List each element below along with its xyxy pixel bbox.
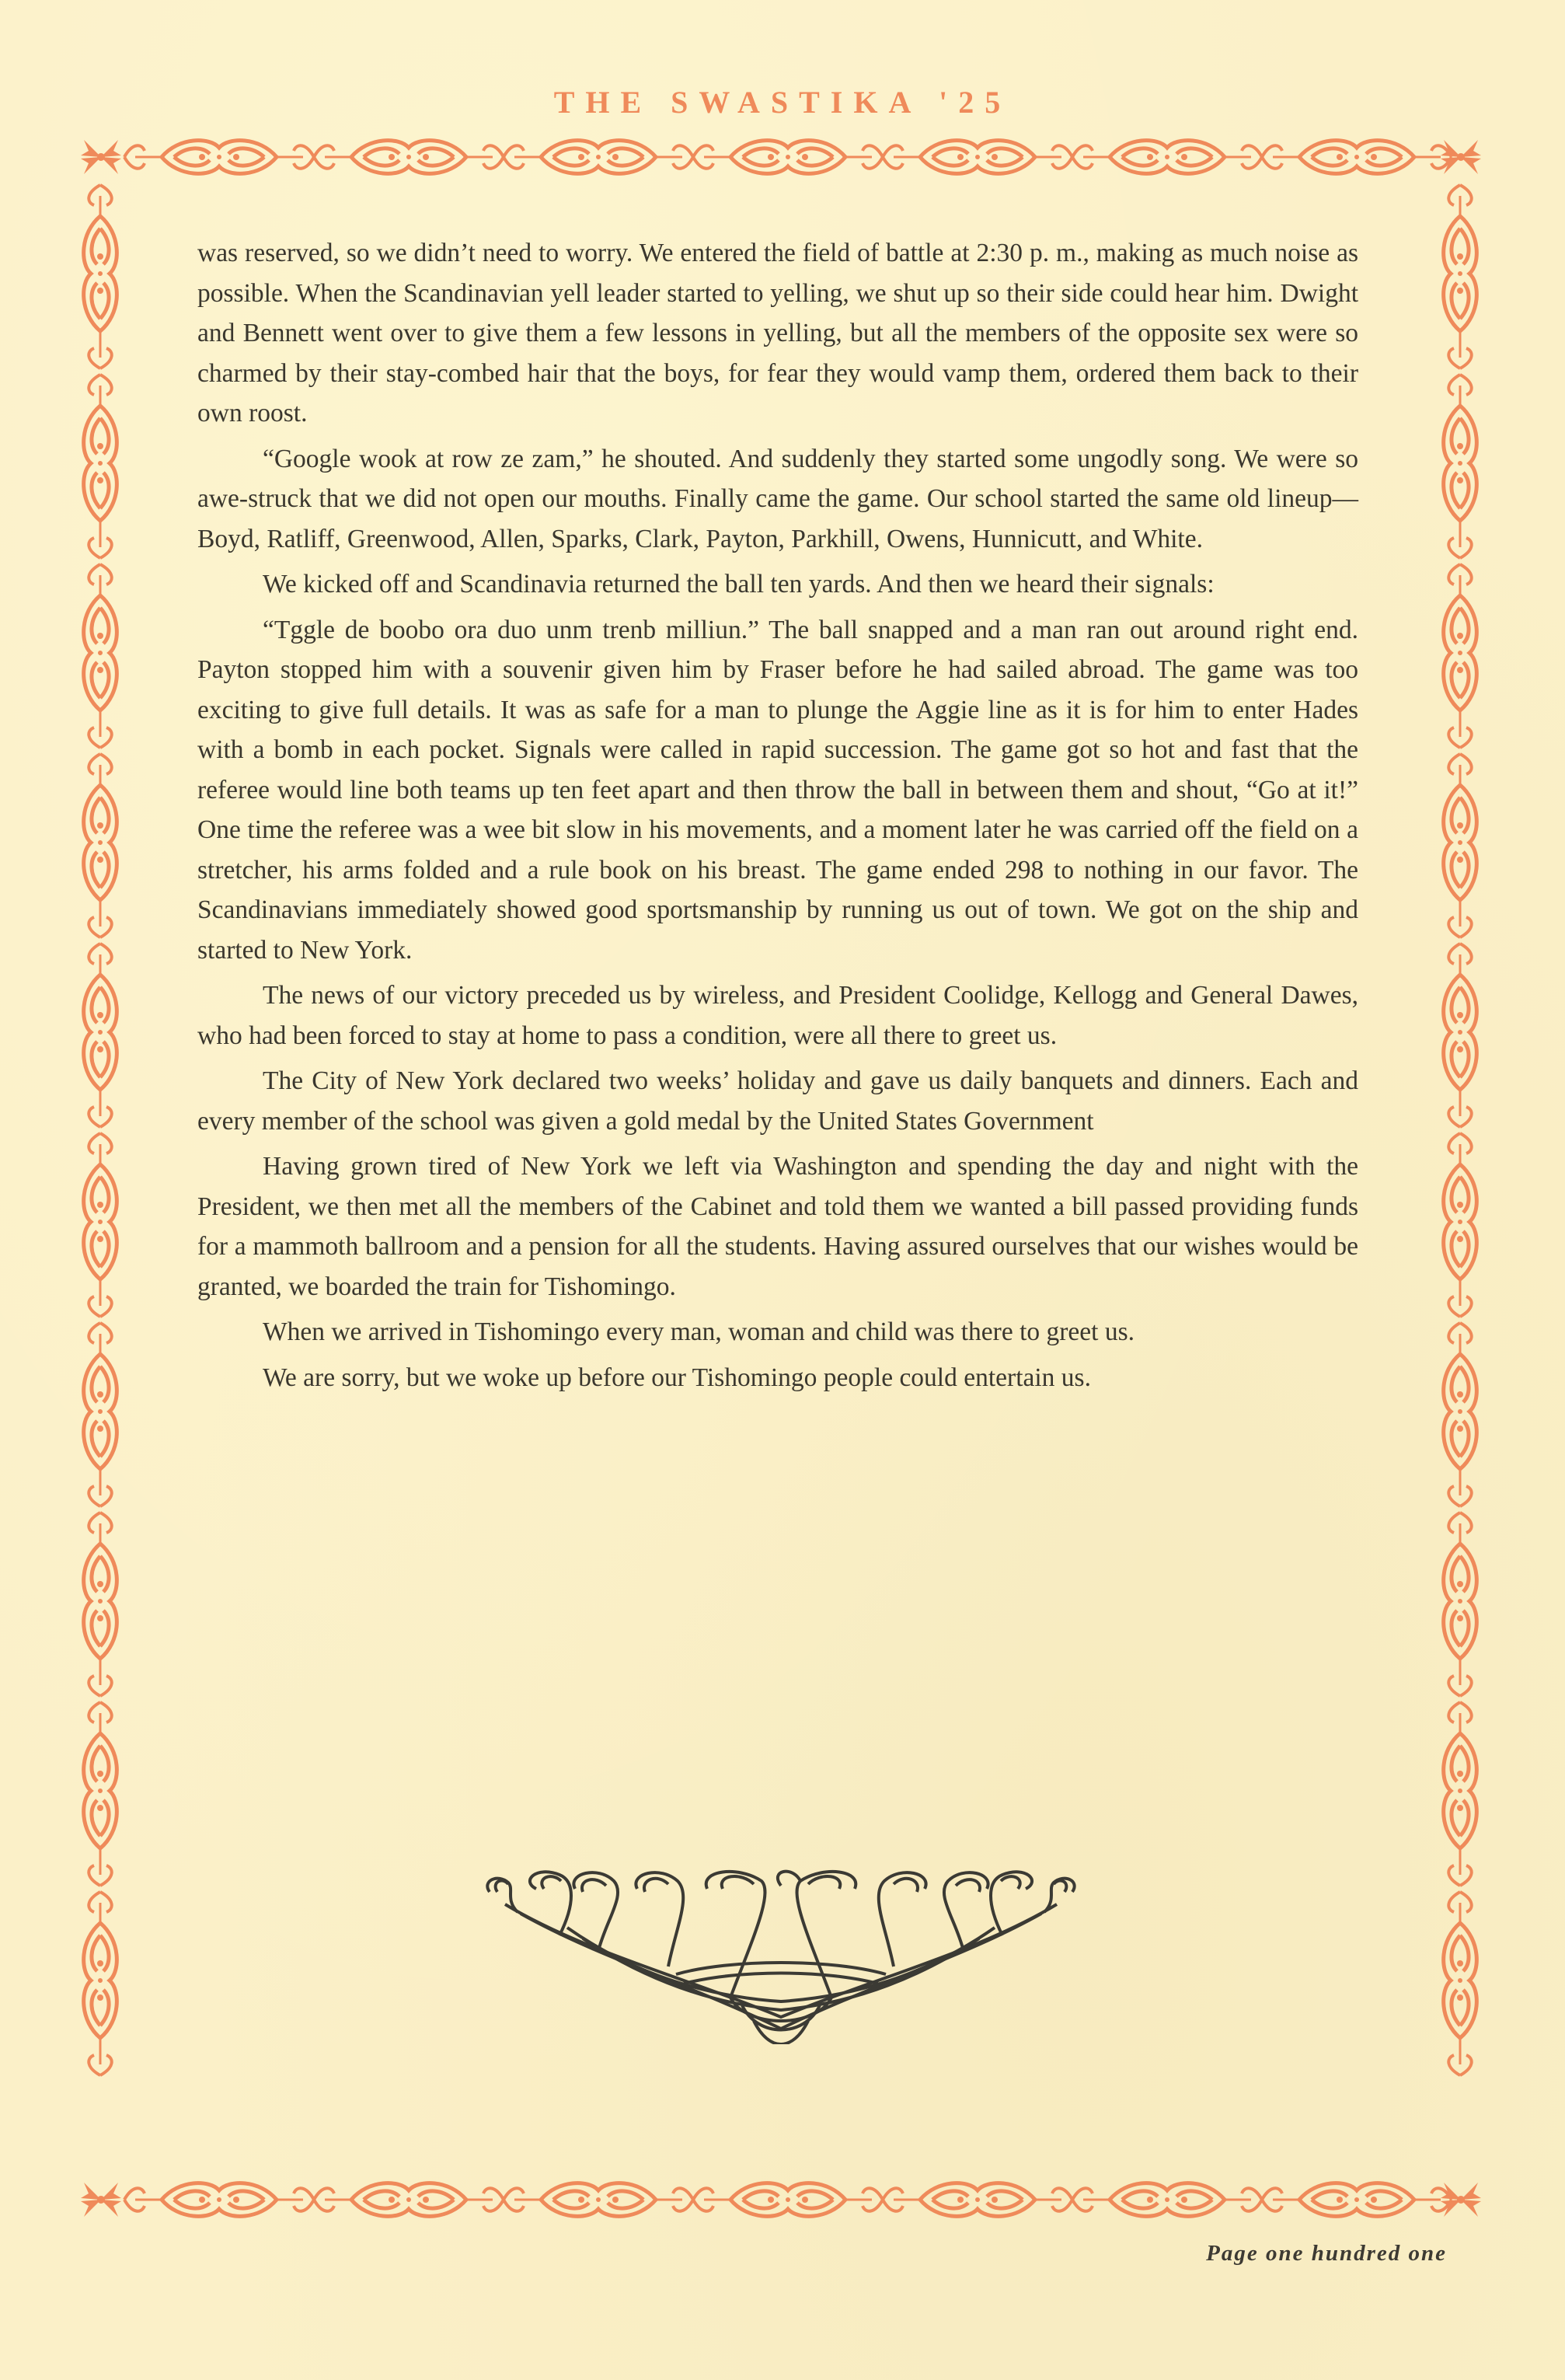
paragraph: The City of New York declared two weeks’… [197,1061,1358,1141]
paragraph: was reserved, so we didn’t need to worry… [197,233,1358,434]
border-left-ornament-icon [76,134,124,2223]
border-top-ornament-icon [78,134,1484,180]
paragraph: “Google wook at row ze zam,” he shouted.… [197,439,1358,560]
border-bottom-ornament-icon [78,2176,1484,2223]
paragraph: Having grown tired of New York we left v… [197,1146,1358,1307]
paragraph: We kicked off and Scandinavia returned t… [197,564,1358,605]
page-number: Page one hundred one [1088,2241,1447,2267]
paragraph: The news of our victory preceded us by w… [197,975,1358,1056]
running-title: THE SWASTIKA '25 [0,84,1565,120]
paragraph: When we arrived in Tishomingo every man,… [197,1312,1358,1352]
tailpiece-ornament-icon [474,1865,1088,2044]
yearbook-page: THE SWASTIKA '25 [0,0,1565,2380]
border-right-ornament-icon [1436,134,1484,2223]
paragraph: We are sorry, but we woke up before our … [197,1358,1358,1398]
paragraph: “Tggle de boobo ora duo unm trenb milliu… [197,610,1358,971]
article-body: was reserved, so we didn’t need to worry… [197,233,1358,1403]
